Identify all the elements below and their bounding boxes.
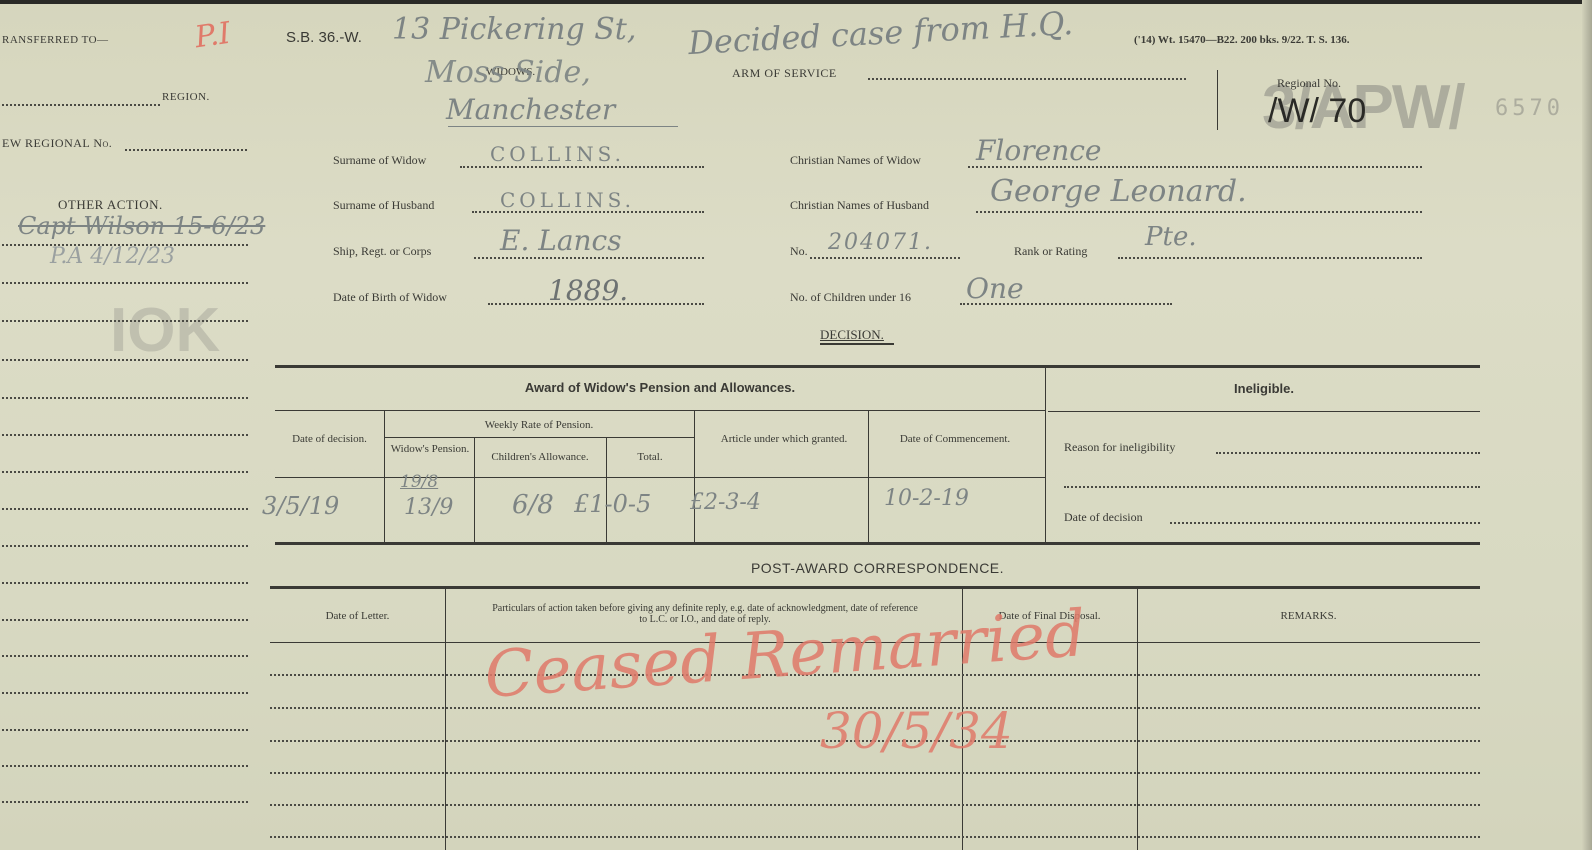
dob-widow-label: Date of Birth of Widow (333, 290, 447, 305)
article-value: £2-3-4 (690, 490, 761, 515)
widows-pension-top-value: 19/8 (400, 472, 438, 492)
rank-label: Rank or Rating (1014, 244, 1087, 259)
reason-ineligibility-label: Reason for ineligibility (1064, 440, 1175, 455)
col-divider (694, 410, 695, 542)
header-bottom-rule (275, 477, 1045, 478)
arm-of-service-label: ARM OF SERVICE (732, 66, 837, 81)
header-remarks: REMARKS. (1137, 610, 1480, 622)
service-no-line (810, 257, 960, 259)
header-childrens-allowance: Children's Allowance. (474, 451, 606, 463)
decision-underline (820, 343, 894, 345)
corr-line (270, 804, 1480, 806)
region-dotted-line (2, 104, 160, 106)
weekly-rate-rule (384, 437, 694, 438)
other-action-line (2, 729, 248, 731)
dob-widow-value: 1889. (548, 274, 628, 307)
corr-col-divider (445, 588, 446, 850)
ineligible-title: Ineligible. (1048, 381, 1480, 396)
print-info: ('14) Wt. 15470—B22. 200 bks. 9/22. T. S… (1134, 34, 1349, 46)
pension-card: RANSFERRED TO— P.I REGION. EW REGIONAL N… (0, 0, 1592, 850)
other-action-line (2, 655, 248, 657)
surname-widow-value: COLLINS. (490, 142, 625, 166)
address-line-3: Manchester (446, 93, 615, 126)
col-divider (868, 410, 869, 542)
new-regional-no-line (125, 149, 247, 151)
ineligible-title-rule (1048, 411, 1480, 412)
other-action-line (2, 508, 248, 510)
header-weekly-rate: Weekly Rate of Pension. (384, 419, 694, 431)
corps-line (474, 257, 704, 259)
address-underline (448, 126, 678, 127)
surname-widow-label: Surname of Widow (333, 153, 426, 168)
other-action-entry-2: P.A 4/12/23 (50, 244, 175, 269)
header-date-of-decision: Date of decision. (275, 433, 384, 445)
region-label: REGION. (162, 91, 210, 103)
christian-husband-label: Christian Names of Husband (790, 198, 929, 213)
other-action-entry-1: Capt Wilson 15-6/23 (18, 212, 265, 240)
other-action-line (2, 801, 248, 803)
ineligible-date-label: Date of decision (1064, 510, 1143, 525)
header-total: Total. (606, 451, 694, 463)
regional-no-value: /W/ 70 (1268, 92, 1366, 131)
correspondence-top-rule (270, 586, 1480, 589)
other-action-line (2, 434, 248, 436)
rank-line (1118, 257, 1422, 259)
other-action-line (2, 471, 248, 473)
other-action-line (2, 692, 248, 694)
award-title-rule (275, 410, 1045, 411)
childrens-allowance-value: 6/8 (512, 490, 554, 520)
rank-value: Pte. (1145, 222, 1197, 252)
corr-col-divider (1137, 588, 1138, 850)
new-regional-no-label: EW REGIONAL No. (2, 136, 112, 151)
corr-line (270, 836, 1480, 838)
header-divider (1217, 70, 1218, 130)
other-action-line (2, 619, 248, 621)
other-action-line (2, 244, 248, 246)
scan-edge (0, 0, 1592, 4)
form-code: S.B. 36.-W. (286, 29, 362, 46)
widows-pension-value: 13/9 (404, 495, 453, 520)
other-action-line (2, 359, 248, 361)
red-date-annotation: 30/5/34 (820, 702, 1013, 760)
ineligible-date-line (1170, 522, 1480, 524)
header-widows-pension: Widow's Pension. (388, 444, 472, 455)
ok-stamp: IOK (110, 295, 220, 366)
header-date-of-letter: Date of Letter. (270, 610, 445, 622)
other-action-line (2, 397, 248, 399)
corps-label: Ship, Regt. or Corps (333, 244, 431, 259)
other-action-line (2, 545, 248, 547)
other-action-line (2, 765, 248, 767)
decided-case-annotation: Decided case from H.Q. (687, 4, 1074, 62)
other-action-line (2, 282, 248, 284)
commencement-value: 10-2-19 (884, 486, 969, 511)
other-action-line (2, 582, 248, 584)
decision-top-rule (275, 365, 1480, 368)
christian-husband-line (976, 211, 1422, 213)
surname-widow-line (460, 166, 704, 168)
corps-value: E. Lancs (500, 224, 622, 257)
header-article: Article under which granted. (714, 433, 854, 445)
card-edge-shadow (1582, 0, 1592, 850)
decision-date-value: 3/5/19 (262, 492, 339, 520)
transferred-to-label: RANSFERRED TO— (2, 34, 109, 46)
transferred-to-value: P.I (193, 16, 233, 56)
arm-of-service-line (868, 78, 1186, 80)
regional-no-label: Regional No. (1277, 76, 1341, 91)
header-commencement: Date of Commencement. (890, 433, 1020, 445)
christian-widow-value: Florence (976, 134, 1101, 167)
surname-husband-label: Surname of Husband (333, 198, 434, 213)
total-value: £1-0-5 (574, 490, 651, 518)
address-line-1: 13 Pickering St, (392, 12, 636, 47)
correspondence-title: POST-AWARD CORRESPONDENCE. (275, 560, 1480, 576)
corr-line (270, 772, 1480, 774)
surname-husband-value: COLLINS. (500, 188, 635, 212)
children-label: No. of Children under 16 (790, 290, 911, 305)
christian-widow-label: Christian Names of Widow (790, 153, 921, 168)
christian-husband-value: George Leonard. (990, 174, 1247, 209)
service-no-label: No. (790, 244, 808, 259)
reason-ineligibility-line-2 (1064, 486, 1480, 488)
children-value: One (966, 272, 1024, 305)
decision-title: DECISION. (820, 327, 884, 343)
address-line-2: Moss Side, (425, 55, 591, 90)
reason-ineligibility-line (1216, 452, 1480, 454)
other-action-line (2, 320, 248, 322)
decision-bottom-rule (275, 542, 1480, 545)
service-no-value: 204071. (828, 230, 933, 255)
regional-stamp-number: 6570 (1495, 96, 1564, 121)
other-action-label: OTHER ACTION. (58, 197, 163, 213)
award-title: Award of Widow's Pension and Allowances. (275, 380, 1045, 395)
